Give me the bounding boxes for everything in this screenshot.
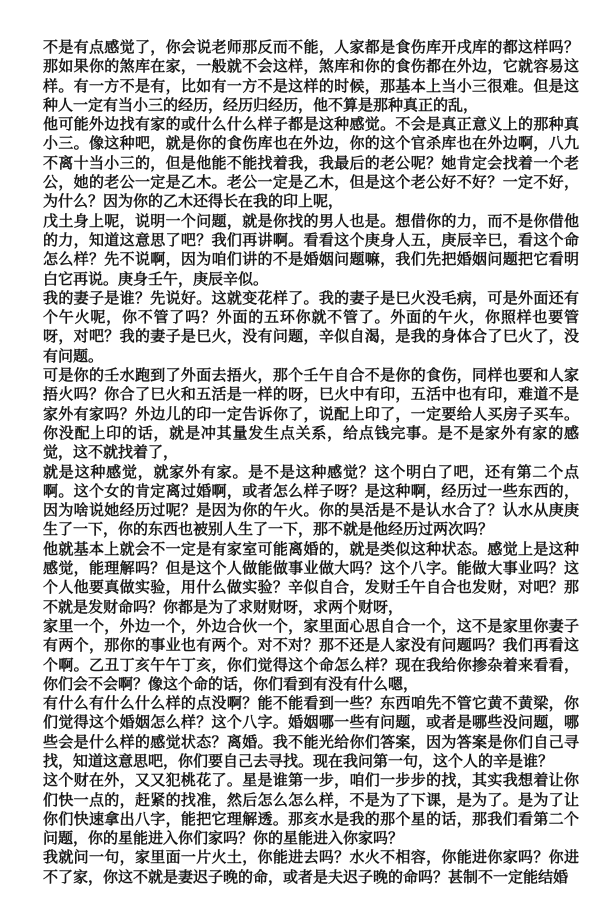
paragraph-8: 家里一个，外边一个，外边合伙一个，家里面心思自合一个，这不是家里你妻子有两个，那… [43, 617, 579, 694]
document-page: 不是有点感觉了，你会说老师那反而不能，人家都是食伤库开戌库的都这样吗？那如果你的… [0, 0, 610, 919]
paragraph-11: 我就问一句，家里面一片火土，你能进去吗？水火不相容，你能进你家吗？你进不了家，你… [43, 848, 579, 887]
paragraph-10: 这个财在外，又又犯桃花了。星是谁第一步，咱们一步步的找，其实我想着让你们快一点的… [43, 771, 579, 848]
paragraph-3: 戊土身上呢，说明一个问题，就是你找的男人也是。想借你的力，而不是你借他的力，知道… [43, 212, 579, 289]
transcript-text-block: 不是有点感觉了，你会说老师那反而不能，人家都是食伤库开戌库的都这样吗？那如果你的… [43, 38, 579, 887]
paragraph-6: 就是这种感觉，就家外有家。是不是这种感觉？这个明白了吧，还有第二个点啊。这个女的… [43, 463, 579, 540]
paragraph-2: 他可能外边找有家的或什么什么样子都是这种感觉。不会是真正意义上的那种真小三。像这… [43, 115, 579, 211]
paragraph-7: 他就基本上就会不一定是有家室可能离婚的，就是类似这种状态。感觉上是这种感觉，能理… [43, 540, 579, 617]
paragraph-1: 不是有点感觉了，你会说老师那反而不能，人家都是食伤库开戌库的都这样吗？那如果你的… [43, 38, 579, 115]
paragraph-9: 有什么有什么什么样的点没啊？能不能看到一些？东西咱先不管它黄不黄梁，你们觉得这个… [43, 694, 579, 771]
paragraph-5: 可是你的壬水跑到了外面去捂火，那个壬午自合不是你的食伤，同样也要和人家捂火吗？你… [43, 366, 579, 462]
paragraph-4: 我的妻子是谁？先说好。这就变花样了。我的妻子是巳火没毛病，可是外面还有个午火呢，… [43, 289, 579, 366]
